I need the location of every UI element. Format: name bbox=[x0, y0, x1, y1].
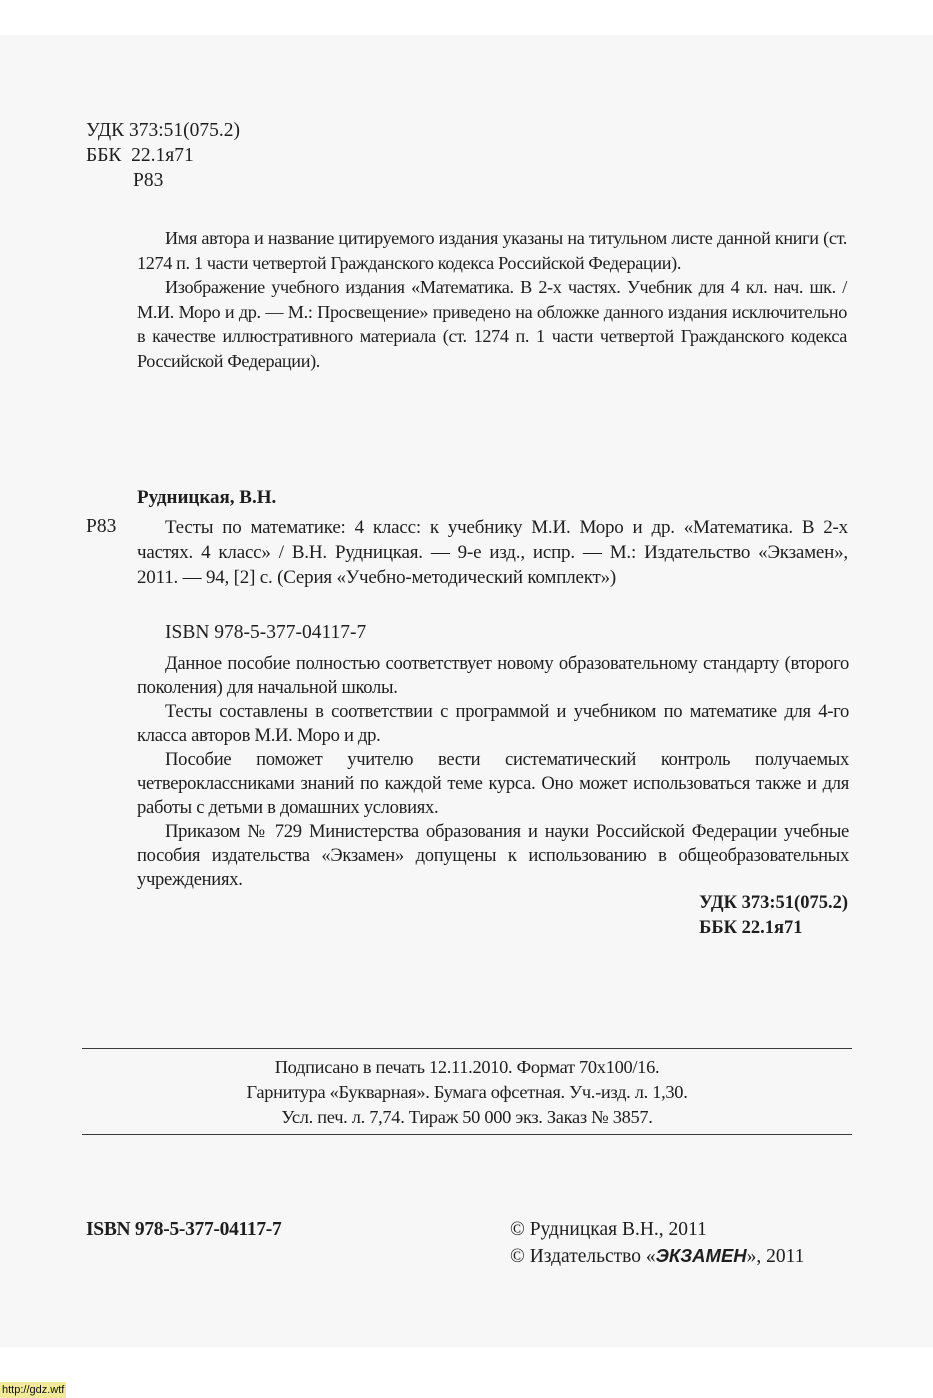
legal-notice-paragraph: Имя автора и название цитируемого издани… bbox=[137, 226, 847, 275]
bbk-code-bold: ББК 22.1я71 bbox=[699, 916, 848, 941]
copyright-publisher-suffix: », 2011 bbox=[747, 1246, 805, 1267]
annotation: Данное пособие полностью соответствует н… bbox=[137, 652, 849, 892]
legal-notice: Имя автора и название цитируемого издани… bbox=[137, 226, 847, 373]
author-mark: Р83 bbox=[86, 168, 240, 193]
copyright-author: © Рудницкая В.Н., 2011 bbox=[510, 1217, 804, 1243]
copyright-publisher: © Издательство «ЭКЗАМЕН», 2011 bbox=[510, 1243, 804, 1270]
annotation-paragraph: Тесты составлены в соответствии с програ… bbox=[137, 700, 849, 748]
udk-code: УДК 373:51(075.2) bbox=[86, 118, 240, 143]
legal-notice-paragraph: Изображение учебного издания «Математика… bbox=[137, 275, 847, 373]
divider-bottom bbox=[82, 1134, 852, 1135]
udk-code-bold: УДК 373:51(075.2) bbox=[699, 891, 848, 916]
publisher-brand: ЭКЗАМЕН bbox=[656, 1245, 747, 1266]
footer-isbn: ISBN 978-5-377-04117-7 bbox=[86, 1218, 281, 1242]
imprint-line: Гарнитура «Букварная». Бумага офсетная. … bbox=[82, 1080, 852, 1105]
annotation-paragraph: Пособие поможет учителю вести систематич… bbox=[137, 748, 849, 820]
imprint-block: Подписано в печать 12.11.2010. Формат 70… bbox=[82, 1055, 852, 1130]
classification-block: УДК 373:51(075.2) ББК 22.1я71 Р83 bbox=[86, 118, 240, 193]
bibliography-text: Тесты по математике: 4 класс: к учебнику… bbox=[137, 515, 848, 590]
bbk-code: ББК 22.1я71 bbox=[86, 143, 240, 168]
author-heading: Рудницкая, В.Н. bbox=[137, 486, 276, 510]
classification-repeat: УДК 373:51(075.2) ББК 22.1я71 bbox=[699, 891, 848, 941]
copyright-publisher-prefix: © Издательство « bbox=[510, 1246, 656, 1267]
annotation-paragraph: Приказом № 729 Министерства образования … bbox=[137, 820, 849, 892]
watermark-link[interactable]: http://gdz.wtf bbox=[0, 1382, 66, 1398]
imprint-line: Подписано в печать 12.11.2010. Формат 70… bbox=[82, 1055, 852, 1080]
annotation-paragraph: Данное пособие полностью соответствует н… bbox=[137, 652, 849, 700]
imprint-line: Усл. печ. л. 7,74. Тираж 50 000 экз. Зак… bbox=[82, 1105, 852, 1130]
divider-top bbox=[82, 1048, 852, 1049]
bibliography-author-mark: Р83 bbox=[86, 515, 116, 539]
bibliographic-description: Тесты по математике: 4 класс: к учебнику… bbox=[137, 515, 848, 590]
bibliography-isbn: ISBN 978-5-377-04117-7 bbox=[165, 621, 366, 645]
copyright-block: © Рудницкая В.Н., 2011 © Издательство «Э… bbox=[510, 1217, 804, 1270]
